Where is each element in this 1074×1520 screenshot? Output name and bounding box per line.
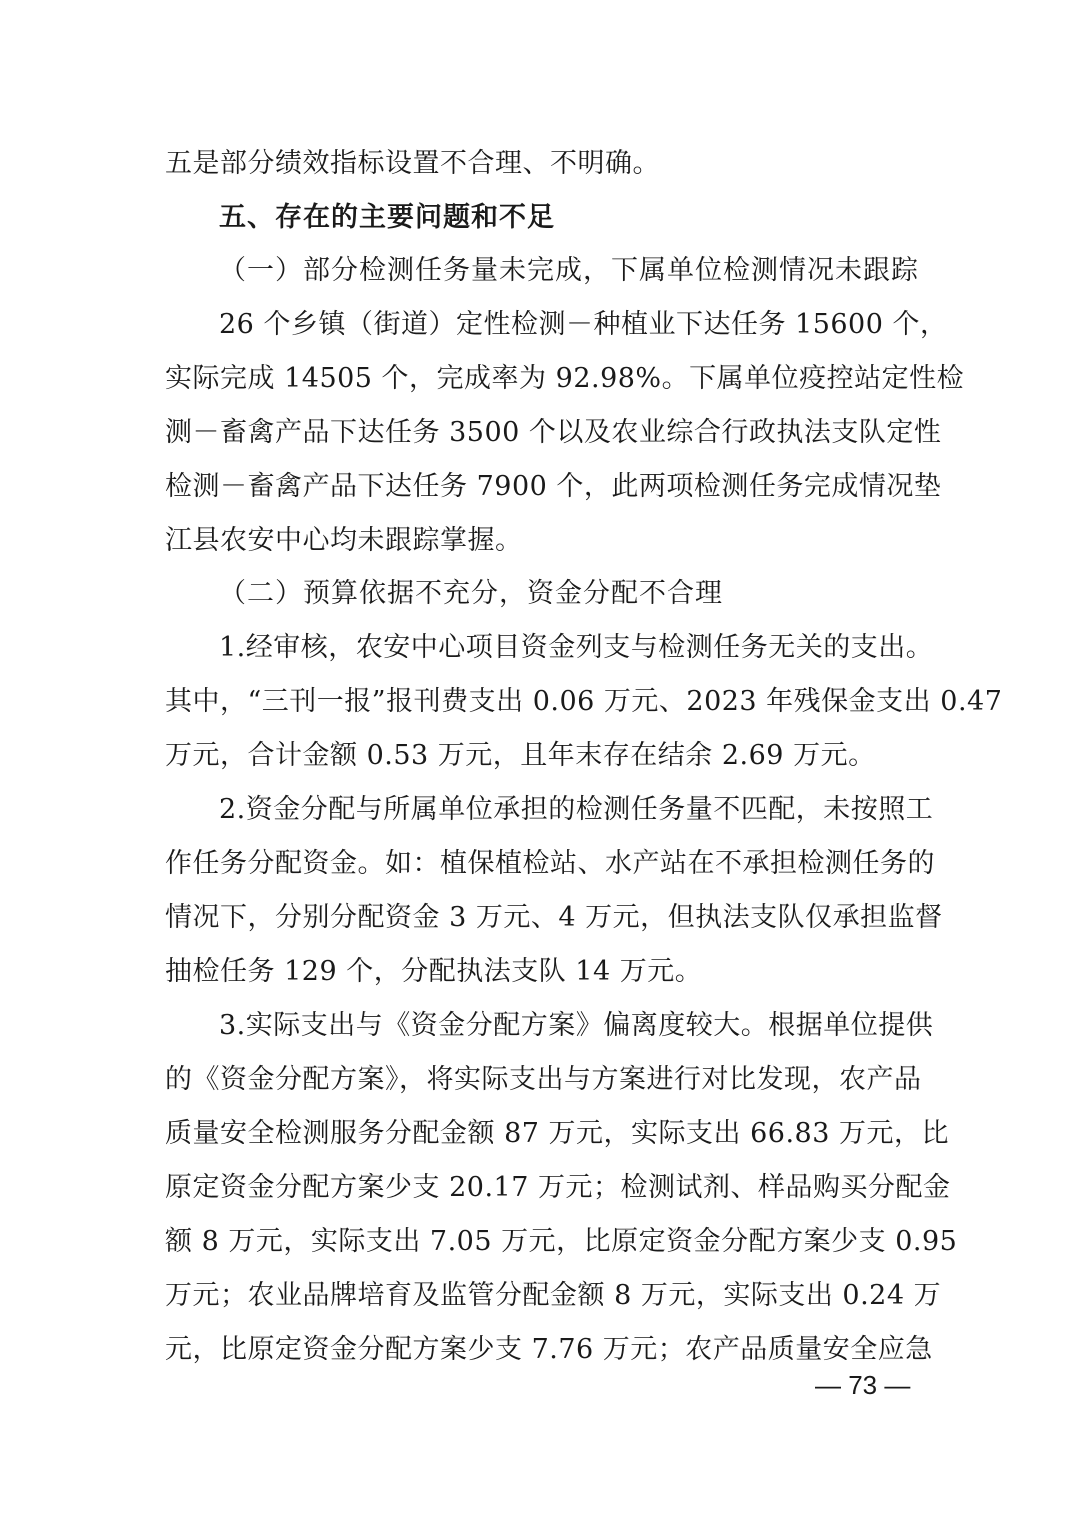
paragraph-line: 的《资金分配方案》，将实际支出与方案进行对比发现，农产品 bbox=[165, 1062, 913, 1098]
paragraph-line: 万元；农业品牌培育及监管分配金额 8 万元，实际支出 0.24 万 bbox=[165, 1278, 913, 1314]
paragraph-line: 情况下，分别分配资金 3 万元、4 万元，但执法支队仅承担监督 bbox=[165, 900, 913, 936]
subsection-heading-1: （一）部分检测任务量未完成，下属单位检测情况未跟踪 bbox=[219, 253, 913, 289]
paragraph-line: 3.实际支出与《资金分配方案》偏离度较大。根据单位提供 bbox=[219, 1008, 913, 1044]
paragraph-line: 测－畜禽产品下达任务 3500 个以及农业综合行政执法支队定性 bbox=[165, 415, 913, 451]
paragraph-line: 质量安全检测服务分配金额 87 万元，实际支出 66.83 万元，比 bbox=[165, 1116, 913, 1152]
paragraph-line: 元，比原定资金分配方案少支 7.76 万元；农产品质量安全应急 bbox=[165, 1332, 913, 1368]
subsection-heading-2: （二）预算依据不充分，资金分配不合理 bbox=[219, 576, 913, 612]
paragraph-line-ending: 万元，合计金额 0.53 万元，且年末存在结余 2.69 万元。 bbox=[165, 738, 913, 774]
paragraph-line-ending: 抽检任务 129 个，分配执法支队 14 万元。 bbox=[165, 954, 913, 990]
paragraph-line: 2.资金分配与所属单位承担的检测任务量不匹配，未按照工 bbox=[219, 792, 913, 828]
paragraph-line: 1.经审核，农安中心项目资金列支与检测任务无关的支出。 bbox=[219, 630, 913, 666]
document-page: 五是部分绩效指标设置不合理、不明确。 五、存在的主要问题和不足 （一）部分检测任… bbox=[0, 0, 1074, 1520]
section-heading: 五、存在的主要问题和不足 bbox=[219, 200, 913, 236]
paragraph-line-ending: 五是部分绩效指标设置不合理、不明确。 bbox=[165, 146, 913, 182]
paragraph-line: 原定资金分配方案少支 20.17 万元；检测试剂、样品购买分配金 bbox=[165, 1170, 913, 1206]
paragraph-line: 实际完成 14505 个，完成率为 92.98%。下属单位疫控站定性检 bbox=[165, 361, 913, 397]
paragraph-line: 检测－畜禽产品下达任务 7900 个，此两项检测任务完成情况垫 bbox=[165, 469, 913, 505]
paragraph-line: 其中，“三刊一报”报刊费支出 0.06 万元、2023 年残保金支出 0.47 bbox=[165, 684, 913, 720]
paragraph-line: 额 8 万元，实际支出 7.05 万元，比原定资金分配方案少支 0.95 bbox=[165, 1224, 913, 1260]
paragraph-line: 26 个乡镇（街道）定性检测－种植业下达任务 15600 个， bbox=[219, 307, 913, 343]
paragraph-line-ending: 江县农安中心均未跟踪掌握。 bbox=[165, 523, 913, 559]
paragraph-line: 作任务分配资金。如：植保植检站、水产站在不承担检测任务的 bbox=[165, 846, 913, 882]
page-number: — 73 — bbox=[815, 1368, 910, 1402]
